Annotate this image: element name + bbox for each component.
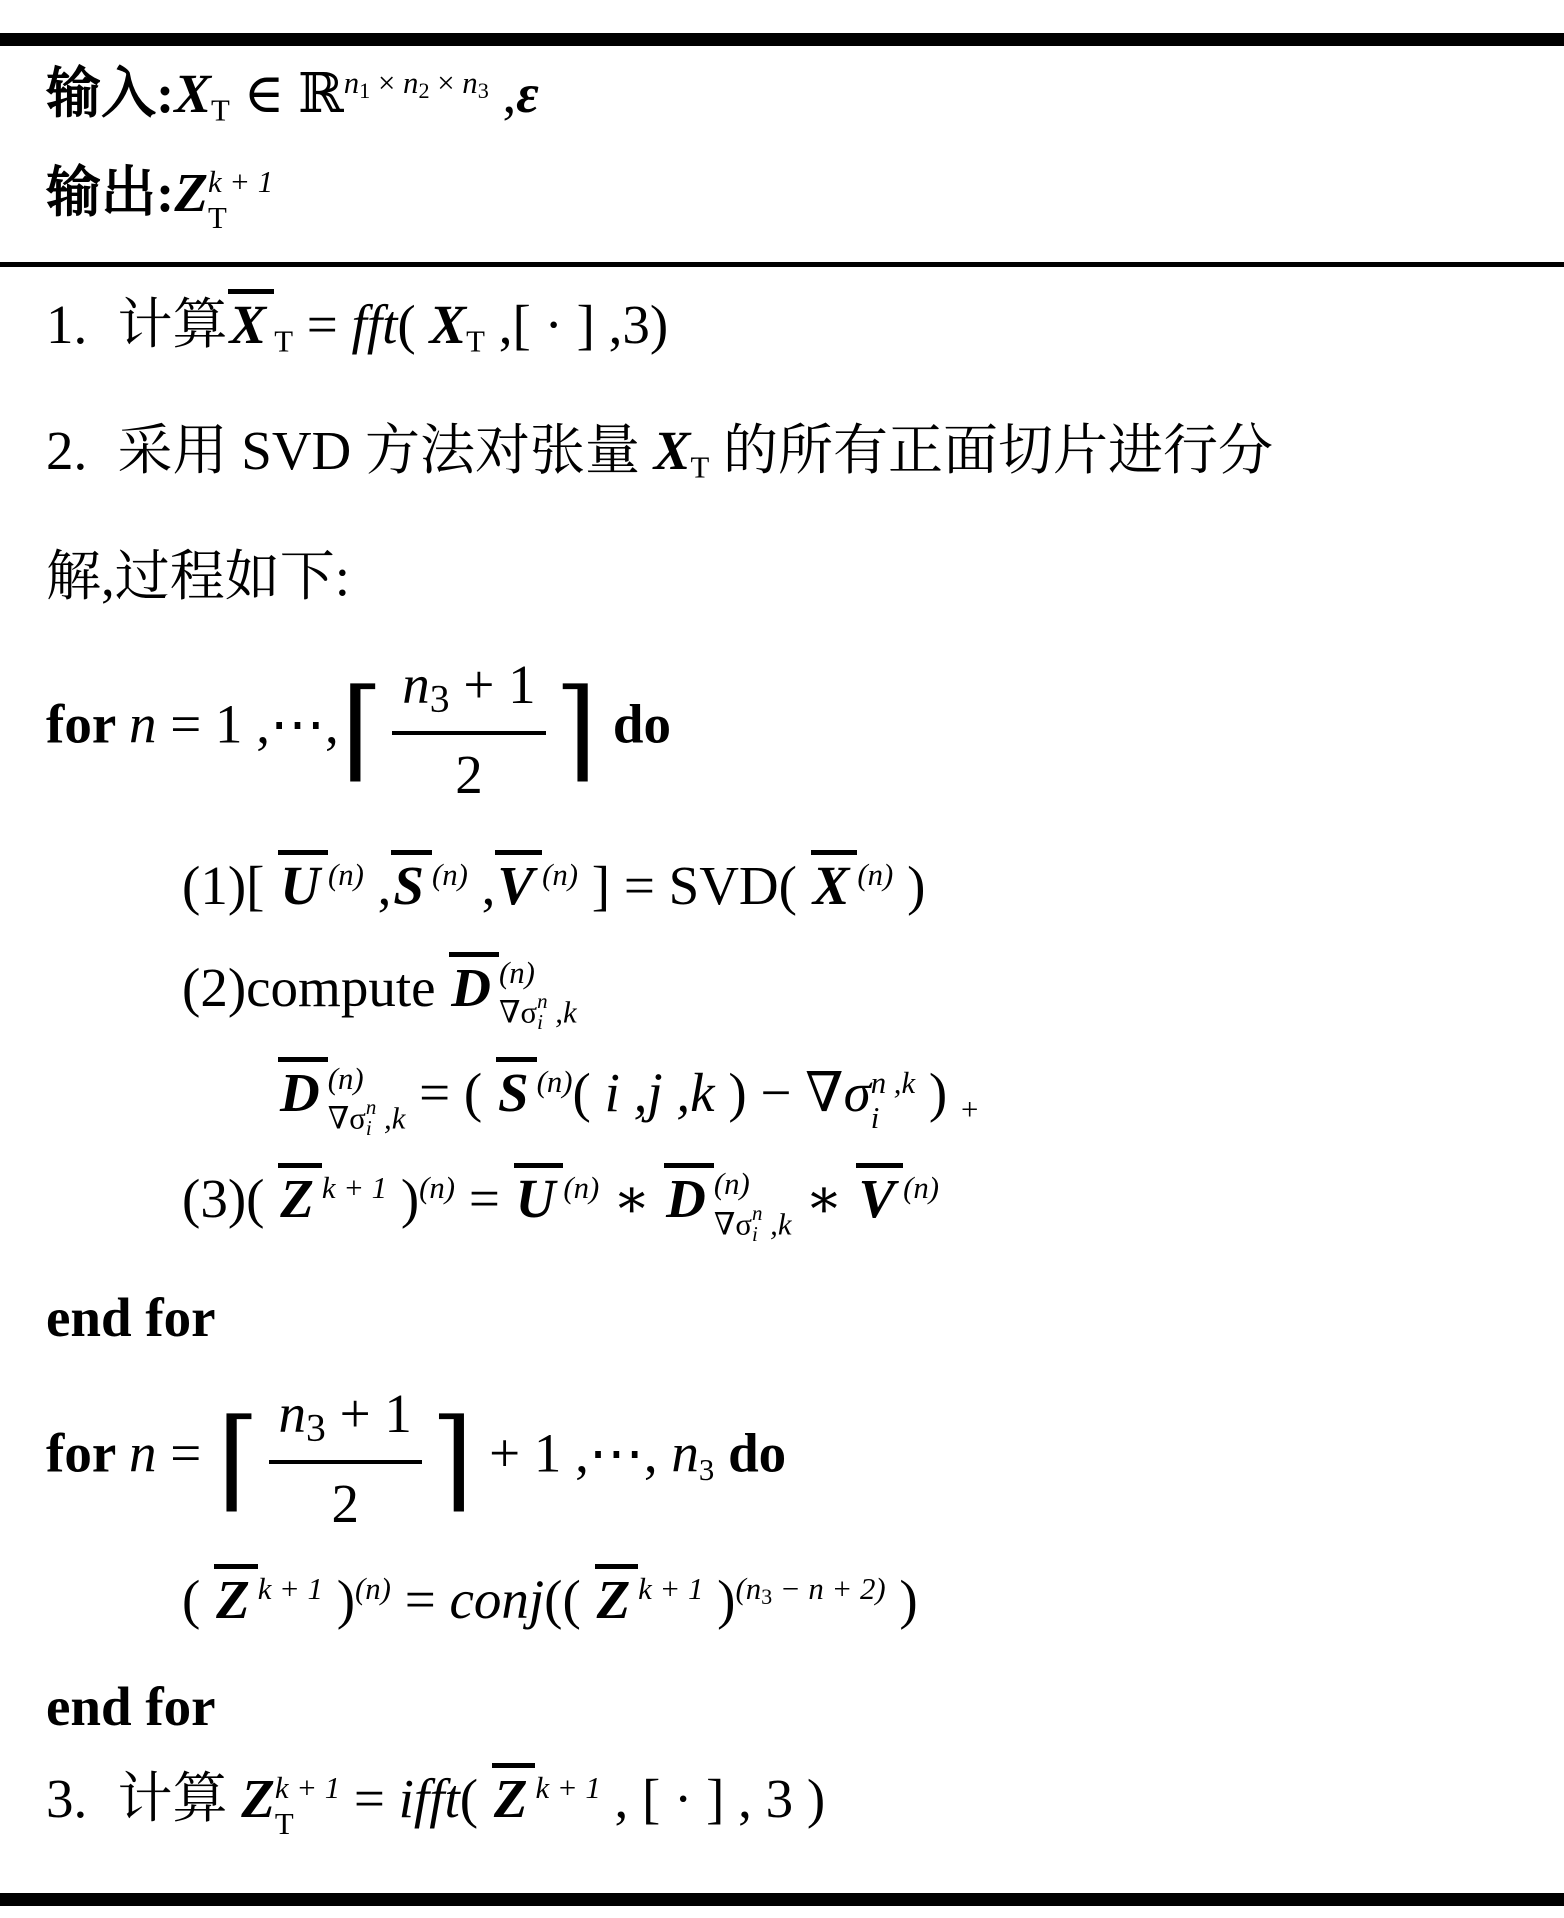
math-token: n <box>537 991 547 1012</box>
math-token: ( <box>246 1168 278 1229</box>
tprod-operator: ∗ <box>792 1168 857 1229</box>
math-token: ) <box>387 1168 419 1229</box>
equals-symbol: = <box>455 1168 514 1229</box>
step-text: 采用 SVD 方法对张量 <box>118 420 654 481</box>
equals-symbol: = <box>391 1569 450 1630</box>
math-token: i <box>366 1118 376 1139</box>
math-var: Z <box>216 1569 250 1630</box>
overline-S: S <box>391 850 432 913</box>
math-var: X <box>429 294 466 355</box>
compute-word: compute <box>246 957 449 1018</box>
input-line: 输入:XT ∈ ℝn1 × n2 × n3 ,ε <box>46 58 1518 131</box>
math-token: k + 1 <box>275 1771 340 1806</box>
math-var: U <box>280 855 320 916</box>
right-ceiling-bracket: ⌉ <box>554 665 597 793</box>
nabla-sigma-subscript: ∇σni ,k <box>328 1097 406 1139</box>
subscript-T: T <box>274 325 293 359</box>
overline-Z: Z <box>492 1763 536 1826</box>
math-var: V <box>497 855 534 916</box>
superscript-n: (n) <box>903 1171 939 1205</box>
math-token: k + 1 <box>208 165 273 200</box>
header-divider-rule <box>0 262 1564 267</box>
math-token: ] <box>578 855 624 916</box>
math-var: D <box>280 1062 320 1123</box>
superscript-n: (n) <box>714 1167 792 1202</box>
equals-symbol: = ( <box>405 1062 496 1123</box>
math-token: n <box>402 654 430 715</box>
superscript-k1: k + 1 <box>535 1771 600 1805</box>
overline-X: X <box>811 850 858 913</box>
keyword-for: for <box>46 693 129 754</box>
math-token: ∇σ <box>328 1101 366 1135</box>
overline-V: V <box>495 850 542 913</box>
math-token: i <box>871 1101 915 1136</box>
math-token: ( <box>573 1062 605 1123</box>
superscript-n: (n) <box>499 956 577 991</box>
math-var: Z <box>241 1768 275 1829</box>
math-var: Z <box>280 1168 314 1229</box>
fraction: n3 + 12 <box>269 1378 422 1540</box>
math-token: [ <box>246 855 278 916</box>
superscript-n: (n) <box>432 858 468 892</box>
math-token: n <box>403 66 418 100</box>
keyword-do: do <box>714 1422 786 1483</box>
math-token: ) <box>915 1062 961 1123</box>
overline-D: D <box>278 1057 328 1120</box>
math-token: n <box>366 1097 376 1118</box>
end-for-1-line: end for <box>46 1282 1518 1354</box>
keyword-for: for <box>46 1422 129 1483</box>
math-token: n <box>462 66 477 100</box>
math-token: , <box>468 855 496 916</box>
math-token: ( <box>779 855 811 916</box>
math-token: ) <box>893 855 925 916</box>
step-3-line: 3.计算 Zk + 1T = ifft( Zk + 1 , [ · ] , 3 … <box>46 1763 1518 1842</box>
math-token: ( <box>397 294 429 355</box>
equals-symbol: = <box>340 1768 399 1829</box>
step-verb: 计算 <box>118 294 228 355</box>
math-token: ) <box>323 1569 355 1630</box>
ifft-function: ifft <box>399 1768 460 1829</box>
superscript-k1: k + 1 <box>258 1572 323 1606</box>
math-var: Z <box>494 1768 528 1829</box>
step-2-line: 2.采用 SVD 方法对张量 XT 的所有正面切片进行分解,过程如下: <box>46 388 1518 641</box>
superscript-k1: k + 1 <box>322 1171 387 1205</box>
math-token: , <box>489 63 517 124</box>
subscript-T: T <box>690 450 709 484</box>
threshold-equation-line: D(n)∇σni ,k = ( S(n)( i ,j ,k ) − ∇σn ,k… <box>46 1057 1518 1139</box>
math-token: T <box>275 1807 340 1842</box>
math-token: n <box>344 66 359 100</box>
overline-X: X <box>228 289 275 352</box>
step-text: 解,过程如下: <box>46 546 350 607</box>
keyword-end-for: end for <box>46 1676 216 1737</box>
supsub-stack: (n)∇σni ,k <box>714 1167 792 1244</box>
math-var: V <box>858 1168 895 1229</box>
reals-exponent: n1 × n2 × n3 <box>344 66 489 100</box>
substep-1-line: (1)[ U(n) ,S(n) ,V(n) ] = SVD( X(n) ) <box>46 850 1518 922</box>
math-token: ) − ∇ <box>715 1062 844 1123</box>
math-token: 3 <box>699 1453 714 1487</box>
overline-U: U <box>514 1163 564 1226</box>
math-token: ,k <box>548 996 577 1030</box>
supsub-stack: k + 1T <box>208 165 273 236</box>
right-ceiling-bracket: ⌉ <box>430 1395 473 1523</box>
superscript-n: (n) <box>857 858 893 892</box>
math-token: = 1 ,⋯, <box>156 693 338 754</box>
math-token: n <box>671 1422 699 1483</box>
superscript-n: (n) <box>328 1062 406 1097</box>
step-number: 1. <box>46 289 87 361</box>
fraction: n3 + 12 <box>392 649 545 811</box>
math-token: n ,k <box>871 1066 915 1101</box>
math-token: − n + 2) <box>772 1572 885 1606</box>
subscript-T: T <box>466 325 485 359</box>
equals-symbol: = <box>156 1422 215 1483</box>
substep-2-line: (2)compute D(n)∇σni ,k <box>46 952 1518 1034</box>
step-1-line: 1.计算XT = fft( XT ,[ · ] ,3) <box>46 289 1518 362</box>
math-var: D <box>451 957 491 1018</box>
math-token: 3 <box>306 1406 326 1450</box>
end-for-2-line: end for <box>46 1671 1518 1743</box>
keyword-do: do <box>599 693 671 754</box>
math-token: ,k <box>376 1101 405 1135</box>
fft-function: fft <box>352 294 398 355</box>
math-var: D <box>666 1168 706 1229</box>
math-token: , <box>364 855 392 916</box>
math-token: ∇σ <box>499 996 537 1030</box>
superscript-n: (n) <box>328 858 364 892</box>
bottom-border-rule <box>0 1893 1564 1906</box>
math-token: ,k <box>762 1207 791 1241</box>
step-verb: 计算 <box>118 1768 242 1829</box>
superscript-n: (n) <box>355 1572 391 1606</box>
superscript-n: (n) <box>537 1065 573 1099</box>
math-token: i <box>752 1224 762 1245</box>
overline-D: D <box>664 1163 714 1226</box>
overline-Z: Z <box>214 1564 258 1627</box>
step-text: 的所有正面切片进行分 <box>709 420 1273 481</box>
math-var: X <box>654 420 691 481</box>
math-token: , [ · ] , 3 ) <box>601 1768 826 1829</box>
math-token: + 1 <box>326 1383 412 1444</box>
element-of-symbol: ∈ <box>230 63 298 124</box>
math-var: X <box>813 855 850 916</box>
tiny-supsub-stack: ni <box>537 991 547 1033</box>
tprod-operator: ∗ <box>599 1168 664 1229</box>
subscript-T: T <box>211 94 230 128</box>
top-border-rule <box>0 33 1564 46</box>
math-token: ,[ · ] ,3) <box>485 294 668 355</box>
superscript-index: (n3 − n + 2) <box>736 1572 886 1606</box>
math-token: ) <box>886 1569 918 1630</box>
math-var: Z <box>597 1569 631 1630</box>
substep-tag: (3) <box>182 1168 246 1229</box>
sigma-var: σ <box>844 1062 871 1123</box>
output-line: 输出:Zk + 1T <box>46 157 1518 236</box>
math-token: + 1 ,⋯, <box>475 1422 671 1483</box>
math-token: 3 <box>478 78 489 103</box>
math-token: ( <box>460 1768 492 1829</box>
tiny-supsub-stack: ni <box>752 1203 762 1245</box>
math-var: U <box>516 1168 556 1229</box>
math-var: S <box>393 855 424 916</box>
fraction-numerator: n3 + 1 <box>392 649 545 735</box>
left-ceiling-bracket: ⌈ <box>217 1395 260 1523</box>
overline-D: D <box>449 952 499 1015</box>
tensor-Z-var: Z <box>174 162 208 223</box>
loop-var: n <box>129 693 157 754</box>
times-symbol: × <box>430 66 463 100</box>
for-loop-2-header: for n = ⌈n3 + 12⌉ + 1 ,⋯, n3 do <box>46 1378 1518 1540</box>
supsub-stack: (n)∇σni ,k <box>499 956 577 1033</box>
math-token: n <box>279 1383 307 1444</box>
reals-symbol: ℝ <box>298 63 344 124</box>
math-token: 3 <box>430 676 450 720</box>
input-label: 输入: <box>46 63 174 124</box>
for-loop-1-header: for n = 1 ,⋯,⌈n3 + 12⌉ do <box>46 649 1518 811</box>
nabla-sigma-subscript: ∇σni ,k <box>499 991 577 1033</box>
math-token: + 1 <box>450 654 536 715</box>
conjugate-equation-line: ( Zk + 1 )(n) = conj(( Zk + 1 )(n3 − n +… <box>46 1564 1518 1636</box>
superscript-k1: k + 1 <box>638 1572 703 1606</box>
tiny-supsub-stack: ni <box>366 1097 376 1139</box>
overline-U: U <box>278 850 328 913</box>
superscript-n: (n) <box>419 1171 455 1205</box>
math-token: T <box>208 201 273 236</box>
output-label: 输出: <box>46 162 174 223</box>
fraction-denominator: 2 <box>392 735 545 811</box>
overline-S: S <box>496 1057 537 1120</box>
math-token: (( <box>544 1569 594 1630</box>
epsilon-var: ε <box>516 63 539 124</box>
supsub-stack: n ,ki <box>871 1066 915 1137</box>
fraction-numerator: n3 + 1 <box>269 1378 422 1464</box>
times-symbol: × <box>370 66 403 100</box>
supsub-stack: k + 1T <box>275 1771 340 1842</box>
math-token: ( <box>182 1569 214 1630</box>
nabla-sigma-subscript: ∇σni ,k <box>714 1203 792 1245</box>
supsub-stack: (n)∇σni ,k <box>328 1062 406 1139</box>
substep-3-line: (3)( Zk + 1 )(n) = U(n) ∗ D(n)∇σni ,k ∗ … <box>46 1163 1518 1245</box>
step-number: 2. <box>46 388 87 515</box>
left-ceiling-bracket: ⌈ <box>341 665 384 793</box>
conj-function: conj <box>449 1569 544 1630</box>
overline-V: V <box>856 1163 903 1226</box>
equals-symbol: = <box>624 855 669 916</box>
svd-operator: SVD <box>669 855 779 916</box>
math-token: n <box>752 1203 762 1224</box>
superscript-n: (n) <box>563 1171 599 1205</box>
keyword-end-for: end for <box>46 1287 216 1348</box>
superscript-n: (n) <box>542 858 578 892</box>
math-token: i <box>537 1012 547 1033</box>
math-token: ∇σ <box>714 1207 752 1241</box>
plus-subscript: + <box>961 1093 978 1127</box>
equals-symbol: = <box>293 294 352 355</box>
step-number: 3. <box>46 1763 87 1835</box>
math-token: 1 <box>359 78 370 103</box>
math-token: ) <box>703 1569 735 1630</box>
algorithm-pseudocode-box: 输入:XT ∈ ℝn1 × n2 × n3 ,ε 输出:Zk + 1T 1.计算… <box>0 0 1564 1918</box>
math-var: X <box>230 294 267 355</box>
substep-tag: (1) <box>182 855 246 916</box>
fraction-denominator: 2 <box>269 1464 422 1540</box>
math-token: (n <box>736 1572 762 1606</box>
substep-tag: (2) <box>182 957 246 1018</box>
tensor-X-var: X <box>174 63 211 124</box>
math-token: 2 <box>418 78 429 103</box>
overline-Z: Z <box>278 1163 322 1226</box>
index-args: i ,j ,k <box>605 1062 715 1123</box>
overline-Z: Z <box>595 1564 639 1627</box>
math-token: 3 <box>761 1583 772 1608</box>
math-var: S <box>498 1062 529 1123</box>
loop-var: n <box>129 1422 157 1483</box>
